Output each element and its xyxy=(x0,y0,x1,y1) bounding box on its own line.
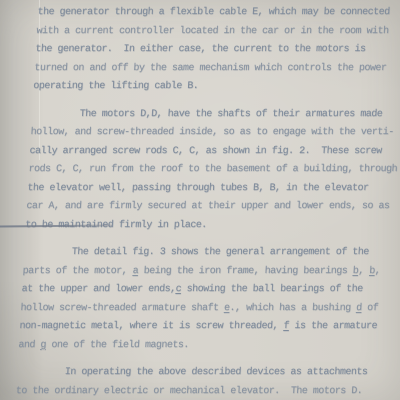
text-line: the generator. In either case, the curre… xyxy=(35,41,396,60)
text-line: non-magnetic metal, where it is screw th… xyxy=(19,318,380,337)
text-line: cally arranged screw rods C, C, as shown… xyxy=(29,143,390,162)
text-line: hollow, and screw-threaded inside, so as… xyxy=(30,124,391,143)
paragraph: the generator through a flexible cable E… xyxy=(33,4,398,97)
text-line: The motors D,D, have the shafts of their… xyxy=(31,106,392,125)
scanned-page: the generator through a flexible cable E… xyxy=(0,0,400,400)
text-line: operating the lifting cable B. xyxy=(33,78,394,97)
text-line: hollow screw-threaded armature shaft e.,… xyxy=(20,300,381,319)
text-line: at the upper and lower ends,c showing th… xyxy=(21,281,382,300)
text-line: and g one of the field magnets. xyxy=(18,337,379,356)
text-line: to the ordinary electric or mechanical e… xyxy=(15,383,376,400)
text-line: turned on and off by the same mechanism … xyxy=(34,60,395,79)
page-text: the generator through a flexible cable E… xyxy=(15,4,398,400)
text-line: parts of the motor, a being the iron fra… xyxy=(22,263,383,282)
paragraph: In operating the above described devices… xyxy=(15,364,377,400)
paragraph: The motors D,D, have the shafts of their… xyxy=(25,106,392,236)
text-line: the elevator well, passing through tubes… xyxy=(27,180,388,199)
text-line: rods C, C, run from the roof to the base… xyxy=(28,161,389,180)
text-line: the generator through a flexible cable E… xyxy=(37,4,398,23)
paragraph: The detail fig. 3 shows the general arra… xyxy=(18,244,384,355)
text-line: with a current controller located in the… xyxy=(36,23,397,42)
text-line: car A, and are firmly secured at their u… xyxy=(26,198,387,217)
text-line: The detail fig. 3 shows the general arra… xyxy=(23,244,384,263)
text-line: In operating the above described devices… xyxy=(16,364,377,383)
